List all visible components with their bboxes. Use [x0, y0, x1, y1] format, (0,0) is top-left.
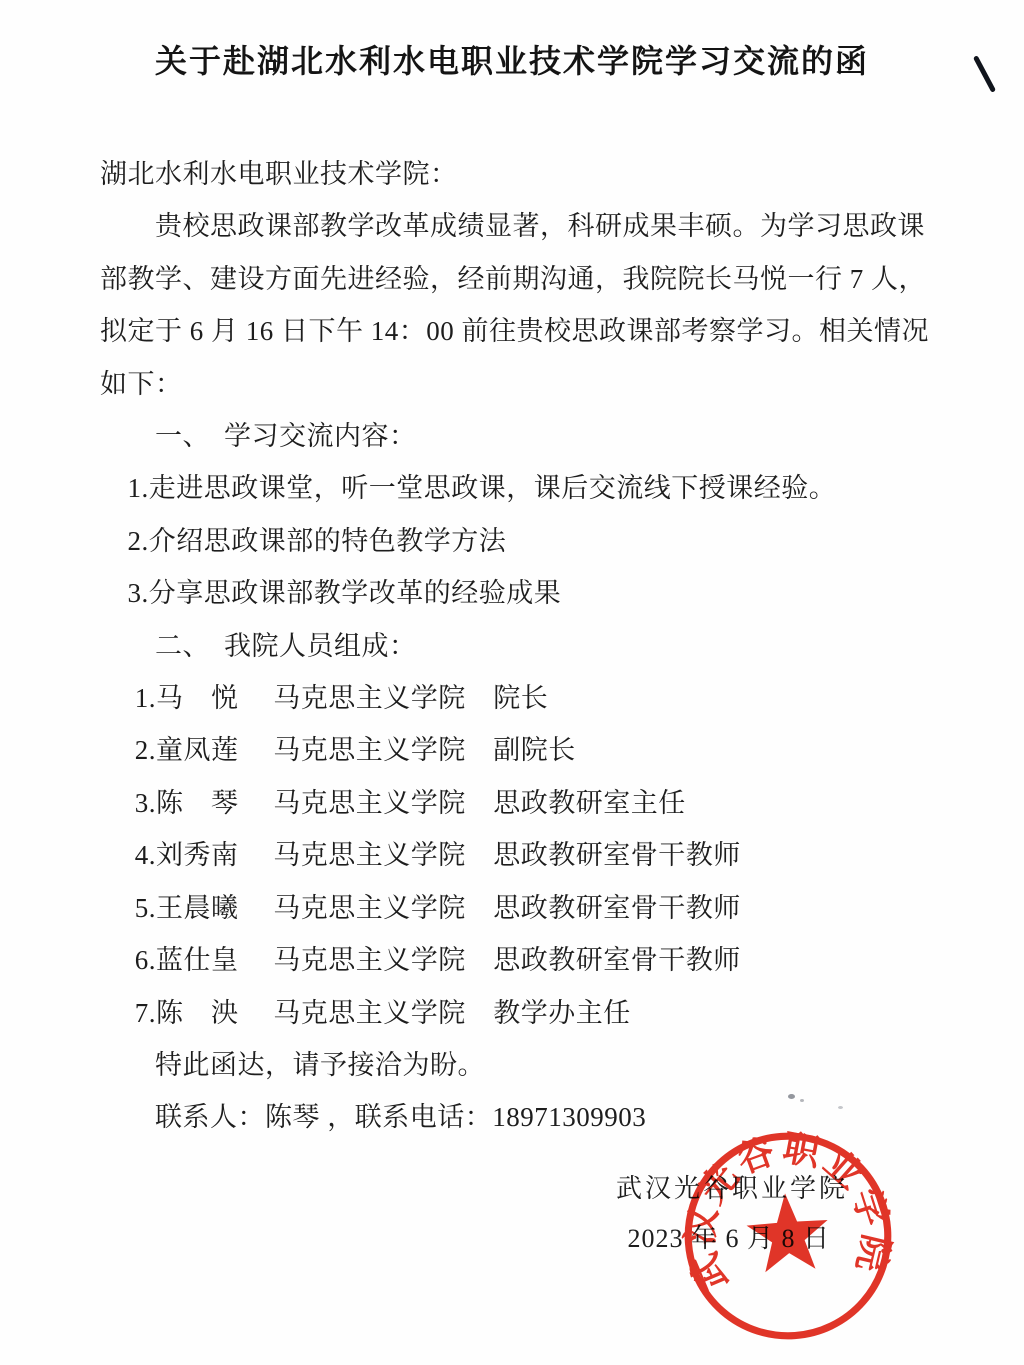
- member-row: 1.马 悦 马克思主义学院 院长: [100, 672, 960, 724]
- scan-speck: [800, 1099, 804, 1102]
- member-row: 3.陈 琴 马克思主义学院 思政教研室主任: [100, 777, 960, 829]
- member-row: 7.陈 泱 马克思主义学院 教学办主任: [100, 987, 960, 1039]
- body-line: 部教学、建设方面先进经验，经前期沟通，我院院长马悦一行 7 人，: [100, 253, 960, 305]
- member-row: 5.王晨曦 马克思主义学院 思政教研室骨干教师: [100, 882, 960, 934]
- list-item: 2.介绍思政课部的特色教学方法: [100, 515, 960, 567]
- seal-star-icon: [744, 1191, 830, 1274]
- closing-line: 特此函达，请予接洽为盼。: [100, 1039, 960, 1091]
- official-seal: 武汉光谷职业学院: [668, 1116, 907, 1355]
- scan-speck: [788, 1094, 795, 1099]
- list-item: 1.走进思政课堂，听一堂思政课，课后交流线下授课经验。: [100, 462, 960, 514]
- section-heading: 二、 我院人员组成：: [100, 620, 960, 672]
- member-row: 2.童凤莲 马克思主义学院 副院长: [100, 724, 960, 776]
- letter-body: 湖北水利水电职业技术学院： 贵校思政课部教学改革成绩显著，科研成果丰硕。为学习思…: [100, 148, 960, 1144]
- member-row: 6.蓝仕皇 马克思主义学院 思政教研室骨干教师: [100, 934, 960, 986]
- member-row: 4.刘秀南 马克思主义学院 思政教研室骨干教师: [100, 829, 960, 881]
- section-heading: 一、 学习交流内容：: [100, 410, 960, 462]
- recipient-line: 湖北水利水电职业技术学院：: [100, 148, 960, 200]
- letter-page: 关于赴湖北水利水电职业技术学院学习交流的函 湖北水利水电职业技术学院： 贵校思政…: [0, 0, 1024, 1365]
- letter-title: 关于赴湖北水利水电职业技术学院学习交流的函: [0, 36, 1024, 82]
- body-line: 如下：: [100, 358, 960, 410]
- scan-speck: [838, 1106, 843, 1109]
- body-line: 拟定于 6 月 16 日下午 14：00 前往贵校思政课部考察学习。相关情况: [100, 305, 960, 357]
- list-item: 3.分享思政课部教学改革的经验成果: [100, 567, 960, 619]
- body-line: 贵校思政课部教学改革成绩显著，科研成果丰硕。为学习思政课: [100, 200, 960, 252]
